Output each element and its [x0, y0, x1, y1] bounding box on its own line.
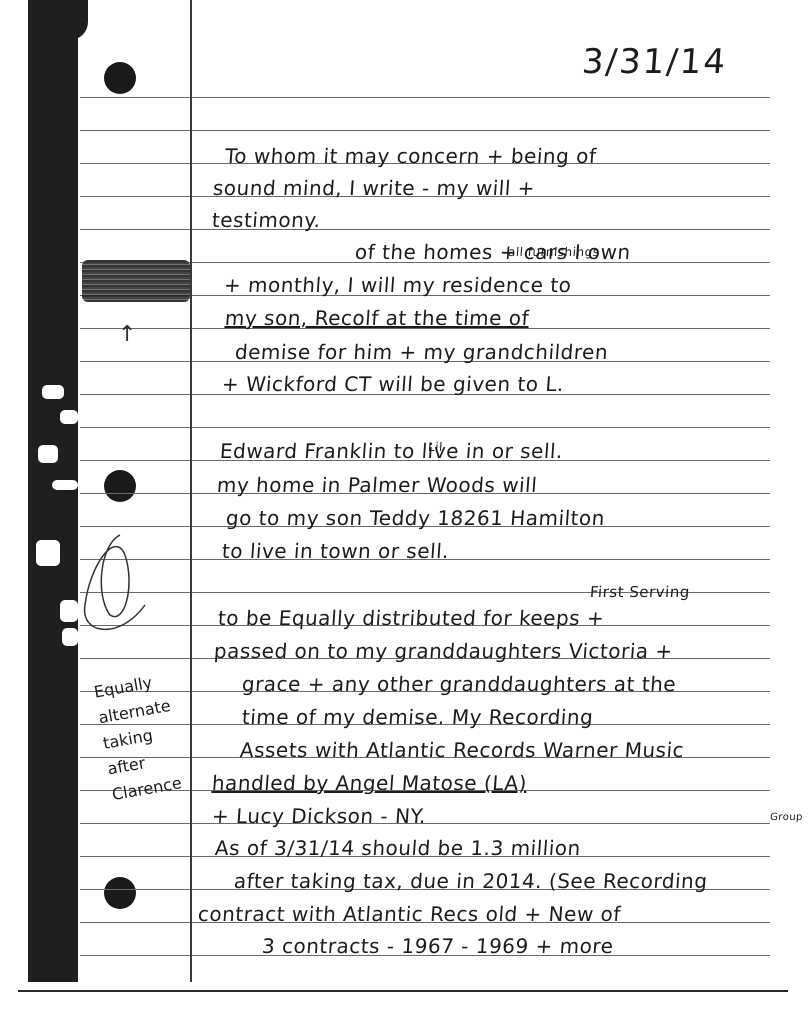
handwritten-line: time of my demise. My Recording	[241, 705, 594, 729]
insertion-group: Group	[770, 812, 804, 823]
up-arrow-icon: ↑	[118, 322, 136, 347]
handwritten-line: my son, Recolf at the time of	[224, 306, 530, 330]
handwritten-line: demise for him + my grandchildren	[234, 340, 609, 364]
handwritten-line: handled by Angel Matose (LA)	[211, 771, 528, 795]
handwritten-line: + Wickford CT will be given to L.	[221, 372, 565, 396]
notebook-page: ↑ 3/31/14 To whom it may concern + being…	[0, 0, 808, 1010]
handwritten-line: Assets with Atlantic Records Warner Musi…	[239, 738, 685, 762]
binding-strip	[28, 0, 78, 982]
margin-line	[190, 0, 192, 982]
handwritten-line: go to my son Teddy 18261 Hamilton	[225, 506, 606, 530]
handwritten-line: + monthly, I will my residence to	[223, 273, 572, 297]
ruled-line	[80, 130, 770, 131]
document-date: 3/31/14	[581, 42, 729, 82]
insertion-lil: Lil	[428, 440, 444, 454]
handwritten-line: grace + any other granddaughters at the	[241, 672, 677, 696]
handwritten-line: to be Equally distributed for keeps +	[217, 606, 605, 630]
insertion-furnishings: all furnishings	[508, 245, 600, 259]
handwritten-line: contract with Atlantic Recs old + New of	[197, 902, 622, 926]
handwritten-line: passed on to my granddaughters Victoria …	[213, 639, 673, 663]
handwritten-line: 3 contracts - 1967 - 1969 + more	[261, 934, 614, 958]
binder-hole	[104, 62, 136, 94]
ruled-line	[80, 427, 770, 428]
binder-hole	[104, 470, 136, 502]
handwritten-line: to live in town or sell.	[221, 539, 450, 563]
loop-doodle-icon	[80, 525, 180, 645]
handwritten-line: As of 3/31/14 should be 1.3 million	[214, 836, 581, 860]
ruled-line	[80, 97, 770, 98]
scribbled-out-text	[82, 260, 190, 302]
handwritten-line: To whom it may concern + being of	[224, 144, 597, 168]
handwritten-line: Edward Franklin to live in or sell.	[219, 439, 564, 463]
binding-edge	[70, 0, 88, 40]
handwritten-line: testimony.	[211, 208, 321, 232]
ruled-line	[80, 229, 770, 230]
handwritten-line: + Lucy Dickson - NY.	[211, 804, 427, 828]
insertion-first-serving: First Serving	[589, 583, 690, 601]
handwritten-line: after taking tax, due in 2014. (See Reco…	[233, 869, 708, 893]
binder-hole	[104, 877, 136, 909]
handwritten-line: sound mind, I write - my will +	[212, 176, 536, 200]
margin-note: Equally alternate taking after Clarence	[92, 663, 213, 808]
handwritten-line: my home in Palmer Woods will	[216, 473, 538, 497]
page-bottom-edge	[18, 990, 788, 992]
